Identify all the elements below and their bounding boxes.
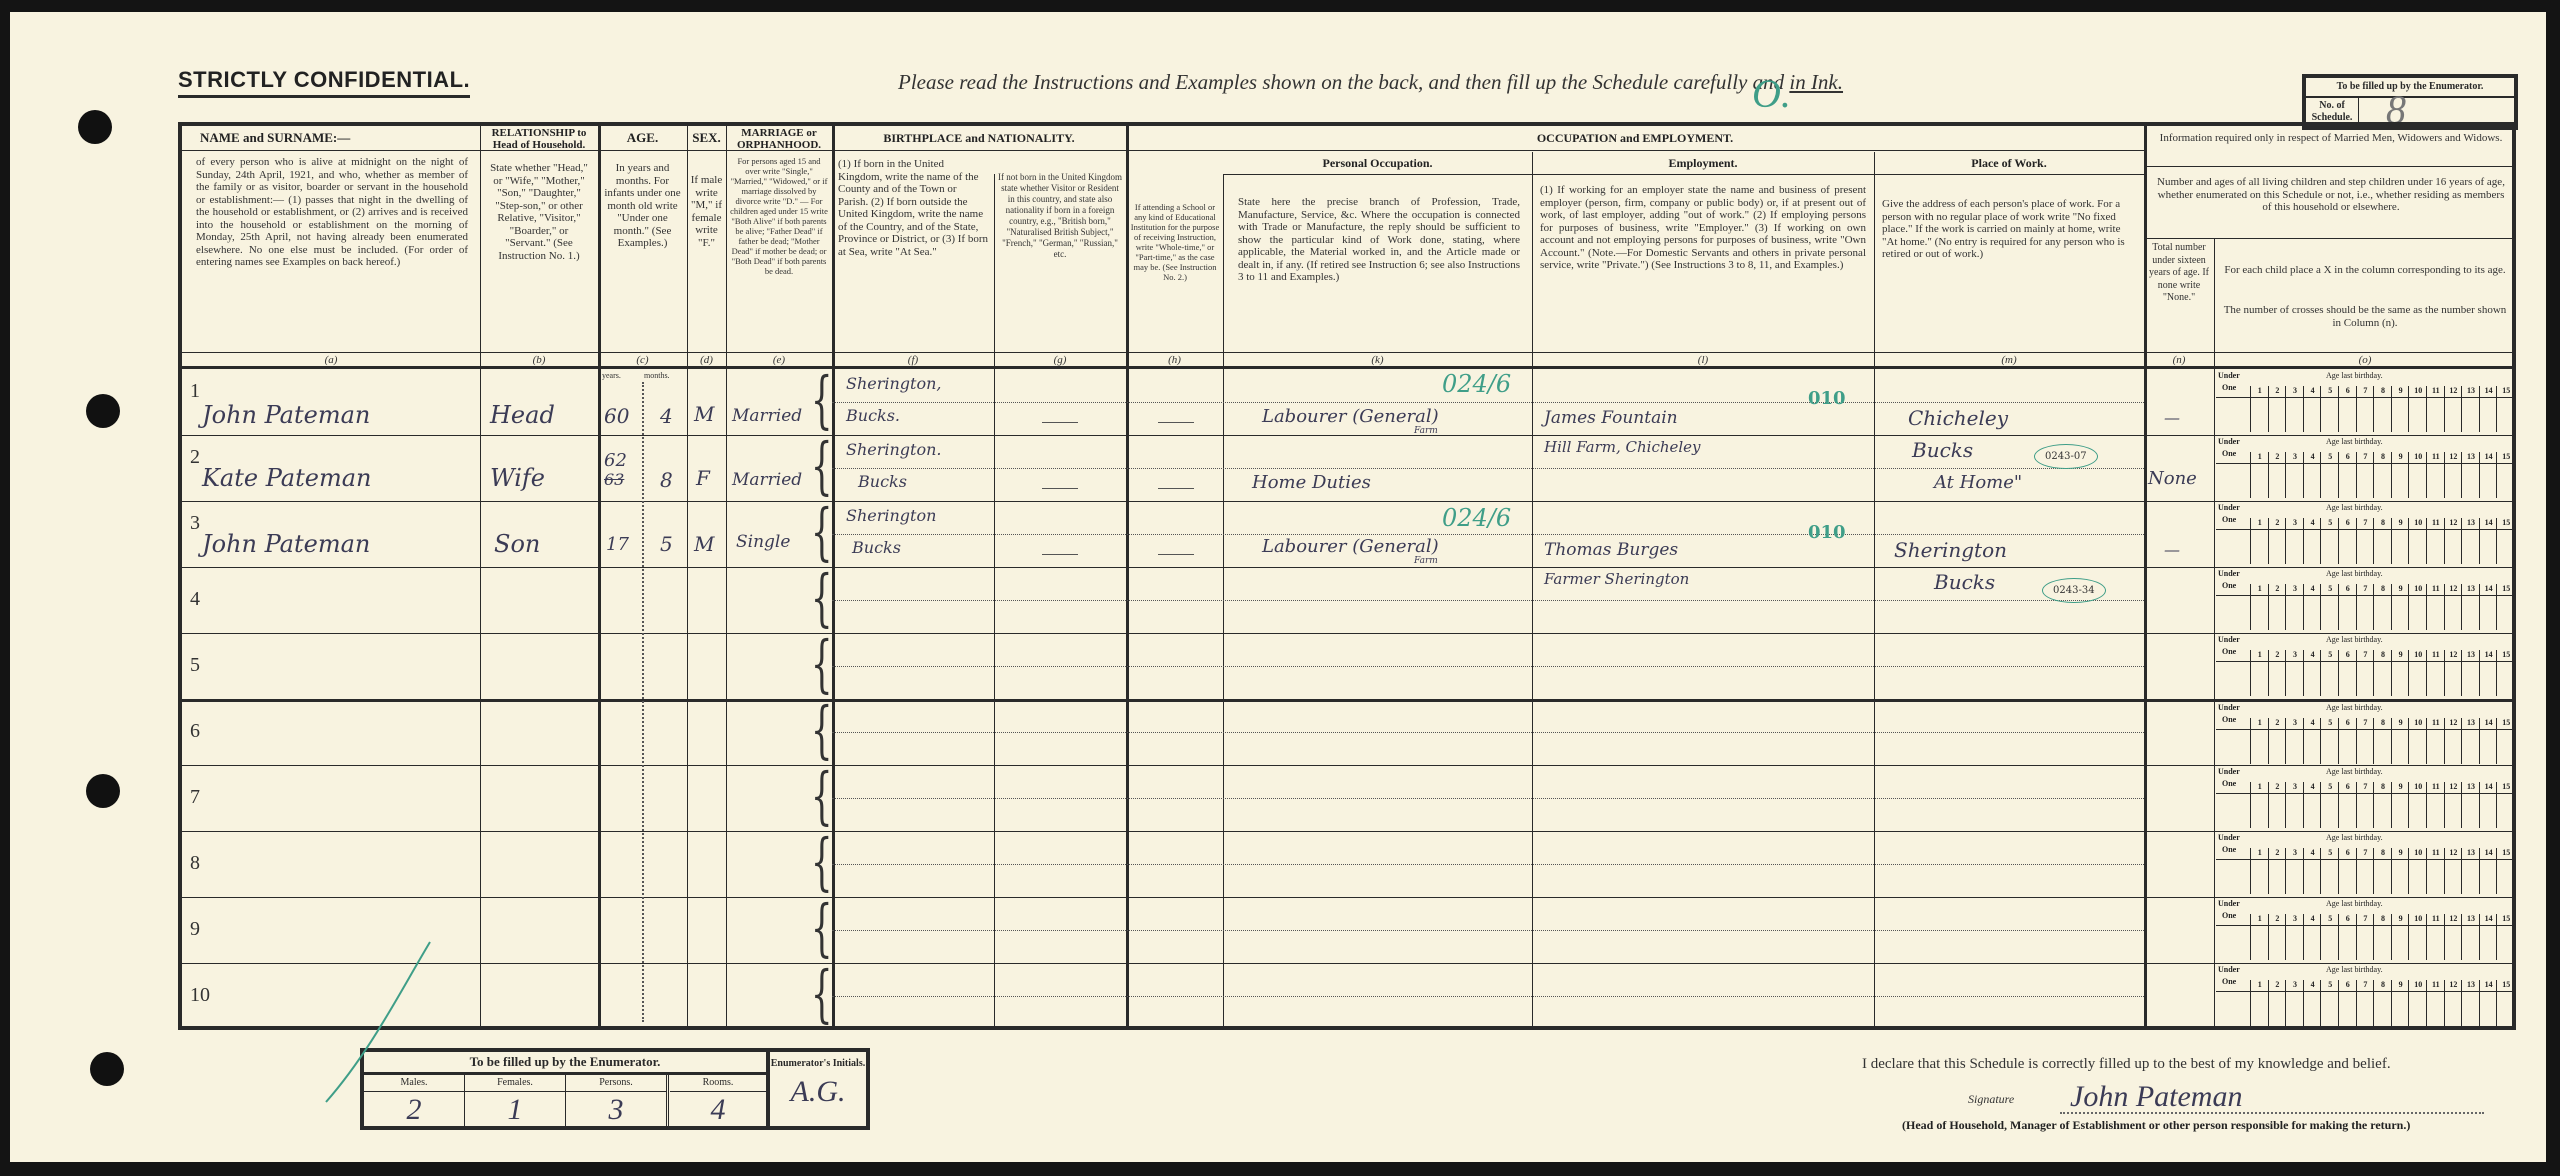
occupation[interactable]: Home Duties [1252,472,1371,493]
col-e-title: MARRIAGE or ORPHANHOOD. [726,127,832,151]
age-grid-cell[interactable]: 4 [2303,650,2322,696]
row-number: 2 [190,446,200,469]
age-grid-cell[interactable]: 11 [2426,650,2445,696]
employer-address[interactable]: Farmer Sherington [1544,570,1689,588]
age-months[interactable]: 8 [660,468,673,492]
age-grid-cell[interactable]: 12 [2444,782,2463,828]
col-g-letter: (g) [994,354,1126,366]
age-grid-cell[interactable]: 13 [2461,718,2480,764]
age-grid-one: One [2222,977,2236,986]
age-grid-cell[interactable]: 10 [2408,718,2427,764]
relationship[interactable]: Head [490,401,555,429]
subrow-rule [832,732,2144,733]
age-months-label: months. [644,370,670,383]
age-grid-cell[interactable]: 1 [2250,848,2269,894]
pencil-mark [310,932,440,1112]
age-grid-cell[interactable]: 12 [2444,914,2463,960]
age-grid-cell[interactable]: 15 [2496,650,2515,696]
age-grid-cell[interactable]: 3 [2285,980,2304,1026]
workplace-line-2[interactable]: Bucks [1934,570,1995,594]
age-grid-cell[interactable]: 9 [2391,452,2410,498]
age-grid-cell[interactable]: 13 [2461,782,2480,828]
age-grid-cell[interactable]: 9 [2391,650,2410,696]
age-grid-cell[interactable]: 7 [2356,782,2375,828]
col-a-letter: (a) [182,354,480,366]
age-grid-cell[interactable]: 6 [2338,452,2357,498]
age-grid-cell[interactable]: 4 [2303,782,2322,828]
age-grid-under: Under [2218,437,2240,446]
age-grid-cell[interactable]: 7 [2356,980,2375,1026]
age-grid-cell[interactable]: 4 [2303,914,2322,960]
age-grid-cell[interactable]: 2 [2268,650,2287,696]
age-grid-row-6: Under One Age last birthday. 12345678910… [2216,703,2514,765]
age-years-label: years. [602,370,621,383]
age-grid-cell[interactable]: 14 [2479,914,2498,960]
age-grid-cell[interactable]: 7 [2356,452,2375,498]
age-grid-cell[interactable]: 7 [2356,518,2375,564]
age-grid-cell[interactable]: 12 [2444,452,2463,498]
relationship[interactable]: Wife [490,464,545,492]
age-grid-cell[interactable]: 10 [2408,584,2427,630]
col-f-letter: (f) [832,354,994,366]
relationship[interactable]: Son [494,530,540,558]
age-grid-cell[interactable]: 6 [2338,718,2357,764]
age-grid-cell[interactable]: 7 [2356,386,2375,432]
occupation[interactable]: Labourer (General) [1262,406,1439,427]
nationality-dash [1042,554,1078,555]
age-grid-cell[interactable]: 11 [2426,848,2445,894]
age-grid-cell[interactable]: 8 [2373,650,2392,696]
nationality-dash [1042,422,1078,423]
education-dash [1158,488,1194,489]
age-grid-cell[interactable]: 5 [2320,718,2339,764]
age-grid-cell[interactable]: 6 [2338,914,2357,960]
age-grid-rule [2216,991,2514,992]
age-grid-cell[interactable]: 11 [2426,914,2445,960]
row-rule [182,765,2516,766]
age-grid-cell[interactable]: 4 [2303,386,2322,432]
col-g-instructions: If not born in the United Kingdom state … [998,172,1122,260]
age-grid-cell[interactable]: 7 [2356,914,2375,960]
marital-status[interactable]: Married [732,470,802,490]
age-grid-cell[interactable]: 3 [2285,782,2304,828]
age-grid-cell[interactable]: 3 [2285,518,2304,564]
age-grid-cell[interactable]: 15 [2496,914,2515,960]
header-rule [182,150,480,151]
age-grid-rule [2216,463,2514,464]
age-grid-rule [2216,925,2514,926]
brace-icon: { [811,567,833,629]
sex[interactable]: M [694,532,714,556]
subrow-rule [832,666,2144,667]
age-grid-cell[interactable]: 14 [2479,848,2498,894]
age-grid-under: Under [2218,767,2240,776]
education-dash [1158,422,1194,423]
age-grid-cell[interactable]: 3 [2285,848,2304,894]
age-grid-cell[interactable]: 2 [2268,782,2287,828]
age-grid-under: Under [2218,899,2240,908]
col-l-instructions: (1) If working for an employer state the… [1540,184,1866,272]
occupation[interactable]: Labourer (General) [1262,536,1439,557]
age-grid-rule [2216,793,2514,794]
age-grid-caption: Age last birthday. [2326,503,2383,512]
signature-value[interactable]: John Pateman [2070,1080,2242,1114]
age-grid-cell[interactable]: 9 [2391,848,2410,894]
age-grid-cell[interactable]: 14 [2479,584,2498,630]
age-grid-caption: Age last birthday. [2326,899,2383,908]
age-grid-cell[interactable]: 7 [2356,584,2375,630]
age-grid-row-4: Under One Age last birthday. 12345678910… [2216,569,2514,631]
age-grid-cell[interactable]: 5 [2320,518,2339,564]
age-grid-cell[interactable]: 5 [2320,848,2339,894]
age-grid-cell[interactable]: 6 [2338,650,2357,696]
age-grid-cell[interactable]: 1 [2250,518,2269,564]
age-grid-cell[interactable]: 14 [2479,452,2498,498]
rooms-value: 4 [670,1092,766,1128]
declaration-text: I declare that this Schedule is correctl… [1862,1056,2391,1073]
row-rule [182,501,2516,502]
age-grid-cell[interactable]: 4 [2303,584,2322,630]
household-table: NAME and SURNAME:— of every person who i… [178,122,2516,1030]
age-grid-cell[interactable]: 5 [2320,584,2339,630]
age-months[interactable]: 4 [660,404,673,428]
age-grid-cell[interactable]: 1 [2250,782,2269,828]
age-grid-cell[interactable]: 8 [2373,452,2392,498]
age-grid-cell[interactable]: 6 [2338,980,2357,1026]
age-grid-cell[interactable]: 13 [2461,452,2480,498]
age-grid-cell[interactable]: 15 [2496,386,2515,432]
age-grid-one: One [2222,383,2236,392]
age-grid-cell[interactable]: 11 [2426,782,2445,828]
age-grid-cell[interactable]: 12 [2444,848,2463,894]
age-grid-cell[interactable]: 6 [2338,782,2357,828]
person-name[interactable]: John Pateman [202,401,370,429]
employer-name[interactable]: Thomas Burges [1544,540,1678,560]
age-grid-one: One [2222,779,2236,788]
age-grid-cell[interactable]: 14 [2479,782,2498,828]
age-grid-cell[interactable]: 4 [2303,718,2322,764]
age-grid-cell[interactable]: 10 [2408,782,2427,828]
employment-code: 010 [1808,388,1846,409]
age-grid-cell[interactable]: 7 [2356,848,2375,894]
birthplace-line-1[interactable]: Sherington [846,506,936,525]
females-label: Females. [465,1075,565,1092]
education-dash [1158,554,1194,555]
age-grid-caption: Age last birthday. [2326,371,2383,380]
col-k-letter: (k) [1223,354,1532,366]
age-grid-cell[interactable]: 11 [2426,718,2445,764]
age-grid-one: One [2222,449,2236,458]
age-grid-cell[interactable]: 3 [2285,452,2304,498]
age-grid-cell[interactable]: 3 [2285,386,2304,432]
age-grid-cell[interactable]: 8 [2373,782,2392,828]
age-grid-cell[interactable]: 12 [2444,980,2463,1026]
age-grid-cell[interactable]: 8 [2373,386,2392,432]
age-grid-rule [2216,729,2514,730]
age-grid-cell[interactable]: 13 [2461,386,2480,432]
workplace-line-1[interactable]: At Home" [1934,472,2022,493]
occupation-note: Farm [1414,556,1438,566]
age-grid-row-10: Under One Age last birthday. 12345678910… [2216,965,2514,1027]
age-grid-cell[interactable]: 1 [2250,584,2269,630]
rooms-field[interactable]: Rooms. 4 [670,1075,766,1130]
person-name[interactable]: John Pateman [202,530,370,558]
age-grid-cell[interactable]: 11 [2426,584,2445,630]
females-field[interactable]: Females. 1 [465,1075,566,1130]
age-grid-cell[interactable]: 13 [2461,914,2480,960]
sex[interactable]: F [696,466,710,490]
age-grid-cell[interactable]: 10 [2408,914,2427,960]
age-years[interactable]: 60 [604,404,629,428]
punch-hole [86,774,120,808]
age-grid-cell[interactable]: 8 [2373,584,2392,630]
birthplace-line-2[interactable]: Bucks. [846,406,900,425]
birthplace-line-2[interactable]: Bucks [852,538,901,557]
subrow-rule [832,402,2144,403]
age-grid-cell[interactable]: 3 [2285,718,2304,764]
age-grid-cell[interactable]: 1 [2250,980,2269,1026]
age-grid-cell[interactable]: 9 [2391,782,2410,828]
col-divider [598,126,601,1026]
col-o-instructions-1: For each child place a X in the column c… [2222,264,2508,277]
employer-name[interactable]: James Fountain [1544,408,1678,428]
row-number: 7 [190,786,200,809]
age-grid-cell[interactable]: 9 [2391,980,2410,1026]
age-grid-cell[interactable]: 3 [2285,650,2304,696]
age-grid-cell[interactable]: 15 [2496,782,2515,828]
birthplace-line-2[interactable]: Bucks [858,472,907,491]
age-grid-cell[interactable]: 5 [2320,452,2339,498]
col-divider [480,126,481,1026]
row-rule [182,963,2516,964]
col-a-instructions: of every person who is alive at midnight… [196,156,468,269]
col-m-letter: (m) [1874,354,2144,366]
person-name[interactable]: Kate Pateman [202,464,371,492]
row-rule [182,897,2516,898]
age-grid-cell[interactable]: 12 [2444,718,2463,764]
workplace-line-2[interactable]: Bucks [1912,438,1973,462]
marital-status[interactable]: Single [736,532,790,552]
age-grid-cell[interactable]: 8 [2373,980,2392,1026]
age-grid-rule [2216,595,2514,596]
age-grid-cell[interactable]: 13 [2461,518,2480,564]
employer-address[interactable]: Hill Farm, Chicheley [1544,438,1701,456]
row-number: 6 [190,720,200,743]
age-grid-cell[interactable]: 14 [2479,718,2498,764]
age-grid-cell[interactable]: 9 [2391,386,2410,432]
age-grid-cell[interactable]: 15 [2496,518,2515,564]
age-grid-cell[interactable]: 4 [2303,518,2322,564]
enumerator-initials-box[interactable]: Enumerator's Initials. A.G. [766,1048,870,1130]
age-grid-one: One [2222,911,2236,920]
row-rule [182,567,2516,568]
age-months[interactable]: 5 [660,532,673,556]
birthplace-line-1[interactable]: Sherington. [846,440,942,459]
age-grid-under: Under [2218,371,2240,380]
sex[interactable]: M [694,402,714,426]
age-grid-cell[interactable]: 2 [2268,914,2287,960]
age-grid-row-3: Under One Age last birthday. 12345678910… [2216,503,2514,565]
age-grid-cell[interactable]: 4 [2303,980,2322,1026]
persons-value: 3 [566,1092,666,1128]
children-total[interactable]: — [2164,408,2180,427]
age-grid-cell[interactable]: 9 [2391,518,2410,564]
age-grid-cell[interactable]: 10 [2408,518,2427,564]
age-grid-cell[interactable]: 5 [2320,914,2339,960]
age-grid-cell[interactable]: 14 [2479,980,2498,1026]
age-grid-cell[interactable]: 3 [2285,584,2304,630]
age-grid-cell[interactable]: 11 [2426,980,2445,1026]
workplace-code: 0243-07 [2034,444,2098,469]
age-grid-caption: Age last birthday. [2326,569,2383,578]
workplace-line-1[interactable]: Sherington [1894,538,2007,562]
age-grid-cell[interactable]: 13 [2461,650,2480,696]
age-grid-one: One [2222,647,2236,656]
header-rule [1126,150,2144,151]
age-grid-cell[interactable]: 15 [2496,452,2515,498]
age-grid-row-9: Under One Age last birthday. 12345678910… [2216,899,2514,961]
row-number: 1 [190,380,200,403]
age-years[interactable]: 17 [606,534,629,555]
age-grid-cell[interactable]: 15 [2496,848,2515,894]
brace-icon: { [811,435,833,497]
age-grid-cell[interactable]: 12 [2444,584,2463,630]
age-grid-cell[interactable]: 2 [2268,584,2287,630]
brace-icon: { [811,831,833,893]
age-grid-rule [2216,529,2514,530]
age-grid-cell[interactable]: 13 [2461,584,2480,630]
age-grid-under: Under [2218,965,2240,974]
age-grid-cell[interactable]: 14 [2479,518,2498,564]
age-grid-cell[interactable]: 6 [2338,584,2357,630]
age-grid-cell[interactable]: 1 [2250,452,2269,498]
marital-status[interactable]: Married [732,406,802,426]
age-grid-cell[interactable]: 10 [2408,452,2427,498]
punch-hole [90,1052,124,1086]
age-grid-cell[interactable]: 14 [2479,650,2498,696]
age-grid-cell[interactable]: 9 [2391,584,2410,630]
age-years[interactable]: 62 [604,450,627,471]
row-number: 5 [190,654,200,677]
subrow-rule [832,468,2144,469]
age-grid-cell[interactable]: 1 [2250,914,2269,960]
children-total[interactable]: None [2148,468,2197,489]
persons-field[interactable]: Persons. 3 [566,1075,669,1130]
workplace-code: 0243-34 [2042,578,2106,603]
employment-code: 010 [1808,522,1846,543]
age-grid-cell[interactable]: 6 [2338,386,2357,432]
age-grid-cell[interactable]: 8 [2373,848,2392,894]
age-grid-cell[interactable]: 2 [2268,718,2287,764]
col-d-instructions: If male write "M," if female write "F." [689,174,724,249]
age-grid-cell[interactable]: 1 [2250,386,2269,432]
age-grid-cell[interactable]: 6 [2338,518,2357,564]
row-rule-thick [182,699,2516,702]
age-grid-cell[interactable]: 2 [2268,980,2287,1026]
age-grid-cell[interactable]: 5 [2320,782,2339,828]
confidential-heading: STRICTLY CONFIDENTIAL. [178,67,470,98]
age-grid-cell[interactable]: 11 [2426,386,2445,432]
header-rule [2144,166,2516,167]
col-h-letter: (h) [1126,354,1223,366]
age-grid-cell[interactable]: 13 [2461,980,2480,1026]
age-grid-cell[interactable]: 10 [2408,650,2427,696]
instructions-text: Please read the Instructions and Example… [898,70,1789,94]
initials-value: A.G. [770,1075,866,1109]
age-grid-cell[interactable]: 1 [2250,650,2269,696]
age-grid-cell[interactable]: 2 [2268,518,2287,564]
birthplace-line-1[interactable]: Sherington, [846,374,942,393]
age-grid-cell[interactable]: 5 [2320,980,2339,1026]
age-grid-cell[interactable]: 10 [2408,386,2427,432]
age-grid-cell[interactable]: 15 [2496,584,2515,630]
age-grid-cell[interactable]: 15 [2496,718,2515,764]
age-grid-cell[interactable]: 5 [2320,386,2339,432]
age-grid-cell[interactable]: 8 [2373,914,2392,960]
age-grid-cell[interactable]: 14 [2479,386,2498,432]
age-grid-cell[interactable]: 2 [2268,386,2287,432]
in-ink-text: in Ink. [1789,70,1843,94]
age-grid-cell[interactable]: 9 [2391,718,2410,764]
occupation-code: 024/6 [1442,370,1511,398]
subrow-rule [832,600,2144,601]
age-grid-cell[interactable]: 1 [2250,718,2269,764]
age-grid-cell[interactable]: 8 [2373,518,2392,564]
age-grid-cell[interactable]: 2 [2268,452,2287,498]
age-grid-under: Under [2218,703,2240,712]
age-grid-cell[interactable]: 11 [2426,452,2445,498]
age-grid-cell[interactable]: 10 [2408,980,2427,1026]
col-o-instructions-2: The number of crosses should be the same… [2222,304,2508,329]
brace-icon: { [811,501,833,563]
punch-hole [86,394,120,428]
col-m-instructions: Give the address of each person's place … [1882,198,2136,261]
col-c-instructions: In years and months. For infants under o… [602,162,683,250]
age-grid-cell[interactable]: 2 [2268,848,2287,894]
age-grid-caption: Age last birthday. [2326,833,2383,842]
age-grid-cell[interactable]: 4 [2303,452,2322,498]
age-grid-cell[interactable]: 6 [2338,848,2357,894]
age-grid-cell[interactable]: 12 [2444,518,2463,564]
col-l-letter: (l) [1532,354,1874,366]
age-grid-cell[interactable]: 13 [2461,848,2480,894]
age-grid-cell[interactable]: 5 [2320,650,2339,696]
age-grid-cell[interactable]: 10 [2408,848,2427,894]
age-grid-cell[interactable]: 15 [2496,980,2515,1026]
workplace-line-1[interactable]: Chicheley [1908,406,2008,430]
subrow-rule [832,534,2144,535]
age-grid-cell[interactable]: 7 [2356,650,2375,696]
age-grid-cell[interactable]: 8 [2373,718,2392,764]
age-grid-cell[interactable]: 9 [2391,914,2410,960]
subrow-rule [832,996,2144,997]
age-grid-under: Under [2218,833,2240,842]
age-grid-row-5: Under One Age last birthday. 12345678910… [2216,635,2514,697]
age-grid-cell[interactable]: 4 [2303,848,2322,894]
row-number: 4 [190,588,200,611]
age-grid-cell[interactable]: 7 [2356,718,2375,764]
age-grid-cell[interactable]: 3 [2285,914,2304,960]
occupation-group-title: OCCUPATION and EMPLOYMENT. [1126,131,2144,145]
children-total[interactable]: — [2164,540,2180,559]
age-grid-under: Under [2218,503,2240,512]
age-grid-cell[interactable]: 11 [2426,518,2445,564]
col-divider [1532,152,1533,1026]
col-divider [1126,126,1129,1026]
age-grid-cell[interactable]: 12 [2444,650,2463,696]
age-grid-cell[interactable]: 12 [2444,386,2463,432]
punch-hole [78,110,112,144]
